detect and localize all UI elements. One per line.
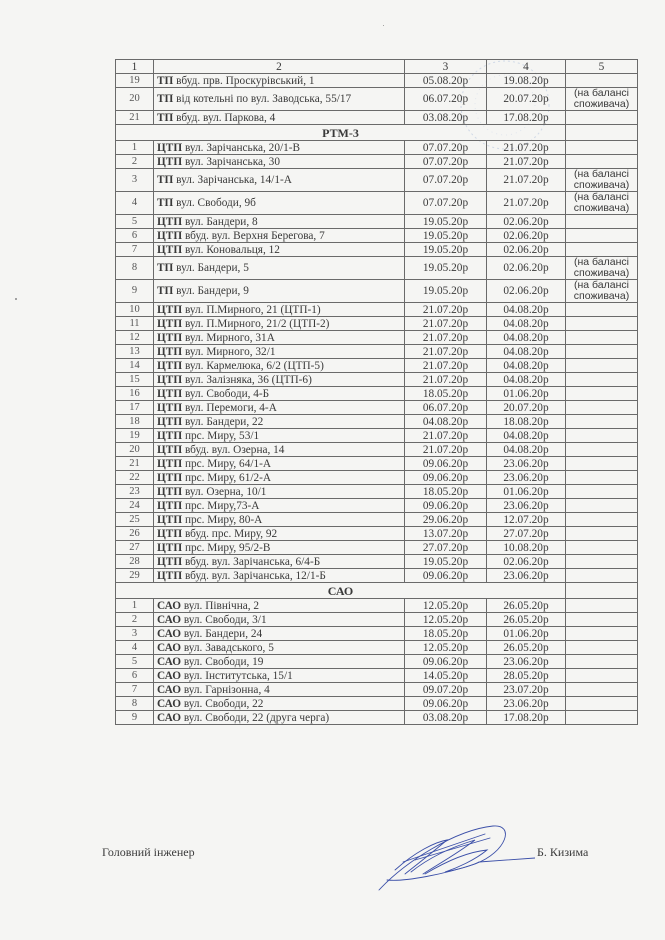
object-type: САО — [157, 670, 181, 682]
note-cell — [566, 599, 638, 613]
start-date: 19.05.20р — [405, 257, 487, 280]
object-cell: САО вул. Свободи, 22 (друга черга) — [154, 711, 405, 725]
section-row: САО — [116, 583, 638, 599]
table-body: 19ТП вбуд. прв. Проскурівський, 105.08.2… — [116, 74, 638, 725]
object-address: вул. Зарічанська, 20/1-В — [185, 142, 300, 154]
table-row: 19ТП вбуд. прв. Проскурівський, 105.08.2… — [116, 74, 638, 88]
table-row: 22ЦТП прс. Миру, 61/2-А09.06.20р23.06.20… — [116, 471, 638, 485]
object-type: САО — [157, 600, 181, 612]
table-row: 25ЦТП прс. Миру, 80-А29.06.20р12.07.20р — [116, 513, 638, 527]
table-row: 21ТП вбуд. вул. Паркова, 403.08.20р17.08… — [116, 111, 638, 125]
object-address: вул. Мирного, 31А — [185, 332, 275, 344]
end-date: 20.07.20р — [487, 401, 566, 415]
note-cell — [566, 555, 638, 569]
row-number: 1 — [116, 141, 154, 155]
object-cell: ЦТП вул. Мирного, 31А — [154, 331, 405, 345]
object-cell: ЦТП вбуд. вул. Зарічанська, 12/1-Б — [154, 569, 405, 583]
row-number: 5 — [116, 655, 154, 669]
table-row: 2САО вул. Свободи, 3/112.05.20р26.05.20р — [116, 613, 638, 627]
note-cell: (на балансі споживача) — [566, 192, 638, 215]
object-cell: ТП вбуд. вул. Паркова, 4 — [154, 111, 405, 125]
row-number: 14 — [116, 359, 154, 373]
start-date: 09.06.20р — [405, 499, 487, 513]
object-type: ТП — [157, 262, 173, 274]
end-date: 26.05.20р — [487, 599, 566, 613]
row-number: 10 — [116, 303, 154, 317]
row-number: 11 — [116, 317, 154, 331]
table-row: 5ЦТП вул. Бандери, 819.05.20р02.06.20р — [116, 215, 638, 229]
start-date: 07.07.20р — [405, 155, 487, 169]
table-row: 15ЦТП вул. Залізняка, 36 (ЦТП-6)21.07.20… — [116, 373, 638, 387]
object-address: вул. Перемоги, 4-А — [185, 402, 277, 414]
object-type: ЦТП — [157, 416, 182, 428]
object-address: прс. Миру,73-А — [185, 500, 260, 512]
scan-speck — [15, 298, 17, 300]
row-number: 7 — [116, 243, 154, 257]
end-date: 23.07.20р — [487, 683, 566, 697]
object-cell: САО вул. Гарнізонна, 4 — [154, 683, 405, 697]
object-address: вбуд. прс. Миру, 92 — [185, 528, 277, 540]
start-date: 21.07.20р — [405, 373, 487, 387]
note-cell — [566, 569, 638, 583]
start-date: 19.05.20р — [405, 243, 487, 257]
note-cell — [566, 613, 638, 627]
object-address: вул. Свободи, 4-Б — [185, 388, 269, 400]
object-address: прс. Миру, 80-А — [185, 514, 262, 526]
object-type: САО — [157, 712, 181, 724]
object-cell: ЦТП вул. Свободи, 4-Б — [154, 387, 405, 401]
start-date: 21.07.20р — [405, 331, 487, 345]
note-cell — [566, 499, 638, 513]
start-date: 19.05.20р — [405, 215, 487, 229]
note-cell — [566, 125, 638, 141]
end-date: 02.06.20р — [487, 215, 566, 229]
object-type: ЦТП — [157, 570, 182, 582]
note-cell — [566, 317, 638, 331]
end-date: 17.08.20р — [487, 111, 566, 125]
object-cell: ЦТП прс. Миру, 64/1-А — [154, 457, 405, 471]
start-date: 19.05.20р — [405, 555, 487, 569]
object-type: ЦТП — [157, 528, 182, 540]
row-number: 2 — [116, 155, 154, 169]
table-row: 14ЦТП вул. Кармелюка, 6/2 (ЦТП-5)21.07.2… — [116, 359, 638, 373]
schedule-table: 1 2 3 4 5 19ТП вбуд. прв. Проскурівський… — [115, 59, 638, 725]
table-row: 9ТП вул. Бандери, 919.05.20р02.06.20р(на… — [116, 280, 638, 303]
start-date: 07.07.20р — [405, 192, 487, 215]
start-date: 06.07.20р — [405, 88, 487, 111]
header-cell: 3 — [405, 60, 487, 74]
object-address: вул. Інститутська, 15/1 — [184, 670, 293, 682]
start-date: 07.07.20р — [405, 169, 487, 192]
end-date: 23.06.20р — [487, 655, 566, 669]
note-cell — [566, 331, 638, 345]
start-date: 14.05.20р — [405, 669, 487, 683]
header-cell: 1 — [116, 60, 154, 74]
table-row: 24ЦТП прс. Миру,73-А09.06.20р23.06.20р — [116, 499, 638, 513]
object-cell: ЦТП прс. Миру,73-А — [154, 499, 405, 513]
row-number: 8 — [116, 697, 154, 711]
table-row: 28ЦТП вбуд. вул. Зарічанська, 6/4-Б19.05… — [116, 555, 638, 569]
row-number: 16 — [116, 387, 154, 401]
object-type: ЦТП — [157, 388, 182, 400]
end-date: 20.07.20р — [487, 88, 566, 111]
object-type: ЦТП — [157, 230, 182, 242]
object-cell: САО вул. Свободи, 19 — [154, 655, 405, 669]
row-number: 2 — [116, 613, 154, 627]
row-number: 25 — [116, 513, 154, 527]
end-date: 23.06.20р — [487, 499, 566, 513]
note-cell — [566, 541, 638, 555]
row-number: 3 — [116, 169, 154, 192]
start-date: 21.07.20р — [405, 317, 487, 331]
object-cell: ЦТП вул. Коновальця, 12 — [154, 243, 405, 257]
end-date: 02.06.20р — [487, 280, 566, 303]
end-date: 27.07.20р — [487, 527, 566, 541]
note-cell — [566, 415, 638, 429]
note-cell — [566, 111, 638, 125]
object-cell: САО вул. Свободи, 22 — [154, 697, 405, 711]
start-date: 09.06.20р — [405, 471, 487, 485]
section-title: РТМ-3 — [116, 125, 566, 141]
object-type: САО — [157, 614, 181, 626]
end-date: 21.07.20р — [487, 169, 566, 192]
note-cell — [566, 485, 638, 499]
end-date: 23.06.20р — [487, 471, 566, 485]
note-cell — [566, 711, 638, 725]
table-row: 26ЦТП вбуд. прс. Миру, 9213.07.20р27.07.… — [116, 527, 638, 541]
section-row: РТМ-3 — [116, 125, 638, 141]
row-number: 17 — [116, 401, 154, 415]
table-row: 2ЦТП вул. Зарічанська, 3007.07.20р21.07.… — [116, 155, 638, 169]
row-number: 19 — [116, 429, 154, 443]
note-cell — [566, 627, 638, 641]
object-type: ЦТП — [157, 486, 182, 498]
object-cell: ЦТП прс. Миру, 53/1 — [154, 429, 405, 443]
note-cell — [566, 527, 638, 541]
note-cell — [566, 229, 638, 243]
object-cell: САО вул. Завадського, 5 — [154, 641, 405, 655]
note-cell — [566, 141, 638, 155]
end-date: 01.06.20р — [487, 485, 566, 499]
row-number: 21 — [116, 111, 154, 125]
object-type: ЦТП — [157, 216, 182, 228]
end-date: 17.08.20р — [487, 711, 566, 725]
table-row: 19ЦТП прс. Миру, 53/121.07.20р04.08.20р — [116, 429, 638, 443]
object-type: ЦТП — [157, 374, 182, 386]
start-date: 09.06.20р — [405, 569, 487, 583]
note-cell: (на балансі споживача) — [566, 169, 638, 192]
object-address: вбуд. вул. Верхня Берегова, 7 — [185, 230, 325, 242]
object-cell: ЦТП вул. Зарічанська, 20/1-В — [154, 141, 405, 155]
table-row: 20ЦТП вбуд. вул. Озерна, 1421.07.20р04.0… — [116, 443, 638, 457]
object-address: вул. Залізняка, 36 (ЦТП-6) — [185, 374, 312, 386]
start-date: 13.07.20р — [405, 527, 487, 541]
row-number: 13 — [116, 345, 154, 359]
end-date: 02.06.20р — [487, 257, 566, 280]
start-date: 04.08.20р — [405, 415, 487, 429]
note-cell — [566, 683, 638, 697]
end-date: 01.06.20р — [487, 387, 566, 401]
object-cell: ЦТП вул. Озерна, 10/1 — [154, 485, 405, 499]
table-row: 5САО вул. Свободи, 1909.06.20р23.06.20р — [116, 655, 638, 669]
signature-icon — [375, 812, 535, 892]
row-number: 26 — [116, 527, 154, 541]
table-row: 29ЦТП вбуд. вул. Зарічанська, 12/1-Б09.0… — [116, 569, 638, 583]
table-row: 4САО вул. Завадського, 512.05.20р26.05.2… — [116, 641, 638, 655]
note-cell: (на балансі споживача) — [566, 280, 638, 303]
object-address: вул. П.Мирного, 21/2 (ЦТП-2) — [185, 318, 330, 330]
table-row: 20ТП від котельні по вул. Заводська, 55/… — [116, 88, 638, 111]
table-row: 7САО вул. Гарнізонна, 409.07.20р23.07.20… — [116, 683, 638, 697]
scan-speck — [383, 25, 384, 26]
start-date: 27.07.20р — [405, 541, 487, 555]
object-address: вул. Свободи, 22 — [184, 698, 264, 710]
object-address: вбуд. вул. Зарічанська, 12/1-Б — [185, 570, 326, 582]
object-cell: ТП вбуд. прв. Проскурівський, 1 — [154, 74, 405, 88]
object-cell: ЦТП вбуд. прс. Миру, 92 — [154, 527, 405, 541]
row-number: 7 — [116, 683, 154, 697]
object-cell: ЦТП прс. Миру, 95/2-В — [154, 541, 405, 555]
row-number: 21 — [116, 457, 154, 471]
row-number: 20 — [116, 443, 154, 457]
start-date: 12.05.20р — [405, 641, 487, 655]
object-address: вбуд. вул. Паркова, 4 — [176, 112, 275, 124]
start-date: 21.07.20р — [405, 345, 487, 359]
row-number: 6 — [116, 669, 154, 683]
start-date: 21.07.20р — [405, 359, 487, 373]
note-cell — [566, 401, 638, 415]
row-number: 5 — [116, 215, 154, 229]
end-date: 04.08.20р — [487, 373, 566, 387]
object-address: вул. Кармелюка, 6/2 (ЦТП-5) — [185, 360, 324, 372]
start-date: 09.06.20р — [405, 655, 487, 669]
row-number: 1 — [116, 599, 154, 613]
object-cell: САО вул. Інститутська, 15/1 — [154, 669, 405, 683]
row-number: 27 — [116, 541, 154, 555]
object-address: вул. Північна, 2 — [184, 600, 259, 612]
object-type: САО — [157, 642, 181, 654]
end-date: 21.07.20р — [487, 155, 566, 169]
note-cell — [566, 697, 638, 711]
start-date: 09.06.20р — [405, 697, 487, 711]
end-date: 21.07.20р — [487, 141, 566, 155]
object-type: ЦТП — [157, 458, 182, 470]
start-date: 03.08.20р — [405, 711, 487, 725]
object-address: вбуд. вул. Озерна, 14 — [185, 444, 285, 456]
object-address: вул. Бандери, 22 — [185, 416, 263, 428]
start-date: 18.05.20р — [405, 387, 487, 401]
table-header-row: 1 2 3 4 5 — [116, 60, 638, 74]
object-address: вул. Бандери, 8 — [185, 216, 258, 228]
start-date: 06.07.20р — [405, 401, 487, 415]
end-date: 26.05.20р — [487, 641, 566, 655]
object-cell: САО вул. Свободи, 3/1 — [154, 613, 405, 627]
object-cell: ТП вул. Бандери, 5 — [154, 257, 405, 280]
object-cell: ЦТП вул. П.Мирного, 21 (ЦТП-1) — [154, 303, 405, 317]
object-type: САО — [157, 656, 181, 668]
object-type: ТП — [157, 93, 173, 105]
row-number: 12 — [116, 331, 154, 345]
object-address: вул. Свободи, 22 (друга черга) — [184, 712, 329, 724]
header-cell: 4 — [487, 60, 566, 74]
note-cell — [566, 387, 638, 401]
row-number: 29 — [116, 569, 154, 583]
table-row: 11ЦТП вул. П.Мирного, 21/2 (ЦТП-2)21.07.… — [116, 317, 638, 331]
object-type: ЦТП — [157, 244, 182, 256]
end-date: 01.06.20р — [487, 627, 566, 641]
table-row: 16ЦТП вул. Свободи, 4-Б18.05.20р01.06.20… — [116, 387, 638, 401]
object-address: прс. Миру, 95/2-В — [185, 542, 271, 554]
table-row: 4ТП вул. Свободи, 9б07.07.20р21.07.20р(н… — [116, 192, 638, 215]
row-number: 9 — [116, 280, 154, 303]
object-type: ЦТП — [157, 360, 182, 372]
end-date: 23.06.20р — [487, 697, 566, 711]
table-row: 3САО вул. Бандери, 2418.05.20р01.06.20р — [116, 627, 638, 641]
end-date: 10.08.20р — [487, 541, 566, 555]
row-number: 4 — [116, 641, 154, 655]
note-cell — [566, 443, 638, 457]
table-row: 13ЦТП вул. Мирного, 32/121.07.20р04.08.2… — [116, 345, 638, 359]
end-date: 02.06.20р — [487, 555, 566, 569]
start-date: 18.05.20р — [405, 627, 487, 641]
object-type: ТП — [157, 174, 173, 186]
row-number: 6 — [116, 229, 154, 243]
end-date: 04.08.20р — [487, 443, 566, 457]
object-cell: ЦТП вул. П.Мирного, 21/2 (ЦТП-2) — [154, 317, 405, 331]
object-address: вул. Мирного, 32/1 — [185, 346, 276, 358]
object-type: ТП — [157, 75, 173, 87]
object-cell: ЦТП вул. Зарічанська, 30 — [154, 155, 405, 169]
note-cell — [566, 303, 638, 317]
note-cell — [566, 359, 638, 373]
object-type: ЦТП — [157, 318, 182, 330]
end-date: 26.05.20р — [487, 613, 566, 627]
object-cell: ЦТП вбуд. вул. Озерна, 14 — [154, 443, 405, 457]
object-type: ЦТП — [157, 472, 182, 484]
object-cell: ЦТП вул. Бандери, 8 — [154, 215, 405, 229]
start-date: 19.05.20р — [405, 280, 487, 303]
object-type: ЦТП — [157, 514, 182, 526]
row-number: 15 — [116, 373, 154, 387]
object-cell: ТП вул. Бандери, 9 — [154, 280, 405, 303]
table-row: 21ЦТП прс. Миру, 64/1-А09.06.20р23.06.20… — [116, 457, 638, 471]
object-address: вул. Бандери, 5 — [176, 262, 249, 274]
object-cell: САО вул. Північна, 2 — [154, 599, 405, 613]
start-date: 21.07.20р — [405, 429, 487, 443]
table-row: 3ТП вул. Зарічанська, 14/1-А07.07.20р21.… — [116, 169, 638, 192]
row-number: 28 — [116, 555, 154, 569]
start-date: 09.06.20р — [405, 457, 487, 471]
object-type: ТП — [157, 197, 173, 209]
end-date: 21.07.20р — [487, 192, 566, 215]
end-date: 28.05.20р — [487, 669, 566, 683]
object-type: ЦТП — [157, 332, 182, 344]
end-date: 18.08.20р — [487, 415, 566, 429]
object-cell: ЦТП прс. Миру, 80-А — [154, 513, 405, 527]
note-cell — [566, 471, 638, 485]
section-title: САО — [116, 583, 566, 599]
table-row: 1САО вул. Північна, 212.05.20р26.05.20р — [116, 599, 638, 613]
object-address: вул. Свободи, 3/1 — [184, 614, 267, 626]
table-row: 9САО вул. Свободи, 22 (друга черга)03.08… — [116, 711, 638, 725]
object-address: вул. Свободи, 9б — [176, 197, 256, 209]
end-date: 02.06.20р — [487, 243, 566, 257]
start-date: 12.05.20р — [405, 599, 487, 613]
object-type: ЦТП — [157, 500, 182, 512]
object-type: ТП — [157, 112, 173, 124]
note-cell — [566, 429, 638, 443]
start-date: 12.05.20р — [405, 613, 487, 627]
note-cell — [566, 669, 638, 683]
object-cell: ЦТП прс. Миру, 61/2-А — [154, 471, 405, 485]
table-row: 17ЦТП вул. Перемоги, 4-А06.07.20р20.07.2… — [116, 401, 638, 415]
note-cell — [566, 74, 638, 88]
object-address: вул. Бандери, 9 — [176, 285, 249, 297]
end-date: 04.08.20р — [487, 303, 566, 317]
table-row: 8САО вул. Свободи, 2209.06.20р23.06.20р — [116, 697, 638, 711]
end-date: 23.06.20р — [487, 457, 566, 471]
row-number: 22 — [116, 471, 154, 485]
object-address: вул. Завадського, 5 — [184, 642, 274, 654]
row-number: 4 — [116, 192, 154, 215]
table-row: 6САО вул. Інститутська, 15/114.05.20р28.… — [116, 669, 638, 683]
table-row: 1ЦТП вул. Зарічанська, 20/1-В07.07.20р21… — [116, 141, 638, 155]
row-number: 3 — [116, 627, 154, 641]
end-date: 04.08.20р — [487, 429, 566, 443]
row-number: 19 — [116, 74, 154, 88]
object-address: вул. Гарнізонна, 4 — [184, 684, 270, 696]
object-cell: ЦТП вул. Залізняка, 36 (ЦТП-6) — [154, 373, 405, 387]
object-type: САО — [157, 628, 181, 640]
start-date: 05.08.20р — [405, 74, 487, 88]
signatory-position: Головний інженер — [102, 845, 195, 860]
end-date: 04.08.20р — [487, 317, 566, 331]
table-row: 10ЦТП вул. П.Мирного, 21 (ЦТП-1)21.07.20… — [116, 303, 638, 317]
object-cell: ЦТП вул. Перемоги, 4-А — [154, 401, 405, 415]
header-cell: 2 — [154, 60, 405, 74]
object-address: вул. Зарічанська, 30 — [185, 156, 280, 168]
end-date: 12.07.20р — [487, 513, 566, 527]
end-date: 04.08.20р — [487, 331, 566, 345]
object-address: вбуд. вул. Зарічанська, 6/4-Б — [185, 556, 320, 568]
object-type: ЦТП — [157, 346, 182, 358]
object-cell: ЦТП вул. Кармелюка, 6/2 (ЦТП-5) — [154, 359, 405, 373]
object-cell: ЦТП вбуд. вул. Зарічанська, 6/4-Б — [154, 555, 405, 569]
table-row: 8ТП вул. Бандери, 519.05.20р02.06.20р(на… — [116, 257, 638, 280]
object-type: ЦТП — [157, 142, 182, 154]
object-cell: ЦТП вул. Мирного, 32/1 — [154, 345, 405, 359]
start-date: 21.07.20р — [405, 443, 487, 457]
row-number: 8 — [116, 257, 154, 280]
object-address: від котельні по вул. Заводська, 55/17 — [176, 93, 351, 105]
object-address: вул. П.Мирного, 21 (ЦТП-1) — [185, 304, 321, 316]
row-number: 24 — [116, 499, 154, 513]
table-row: 12ЦТП вул. Мирного, 31А21.07.20р04.08.20… — [116, 331, 638, 345]
object-type: ЦТП — [157, 542, 182, 554]
object-address: прс. Миру, 53/1 — [185, 430, 259, 442]
object-type: ЦТП — [157, 430, 182, 442]
end-date: 02.06.20р — [487, 229, 566, 243]
object-cell: ЦТП вул. Бандери, 22 — [154, 415, 405, 429]
note-cell — [566, 345, 638, 359]
object-type: ТП — [157, 285, 173, 297]
object-cell: ТП вул. Зарічанська, 14/1-А — [154, 169, 405, 192]
table-row: 7ЦТП вул. Коновальця, 1219.05.20р02.06.2… — [116, 243, 638, 257]
object-type: ЦТП — [157, 402, 182, 414]
start-date: 18.05.20р — [405, 485, 487, 499]
object-address: вул. Зарічанська, 14/1-А — [176, 174, 292, 186]
object-type: ЦТП — [157, 444, 182, 456]
